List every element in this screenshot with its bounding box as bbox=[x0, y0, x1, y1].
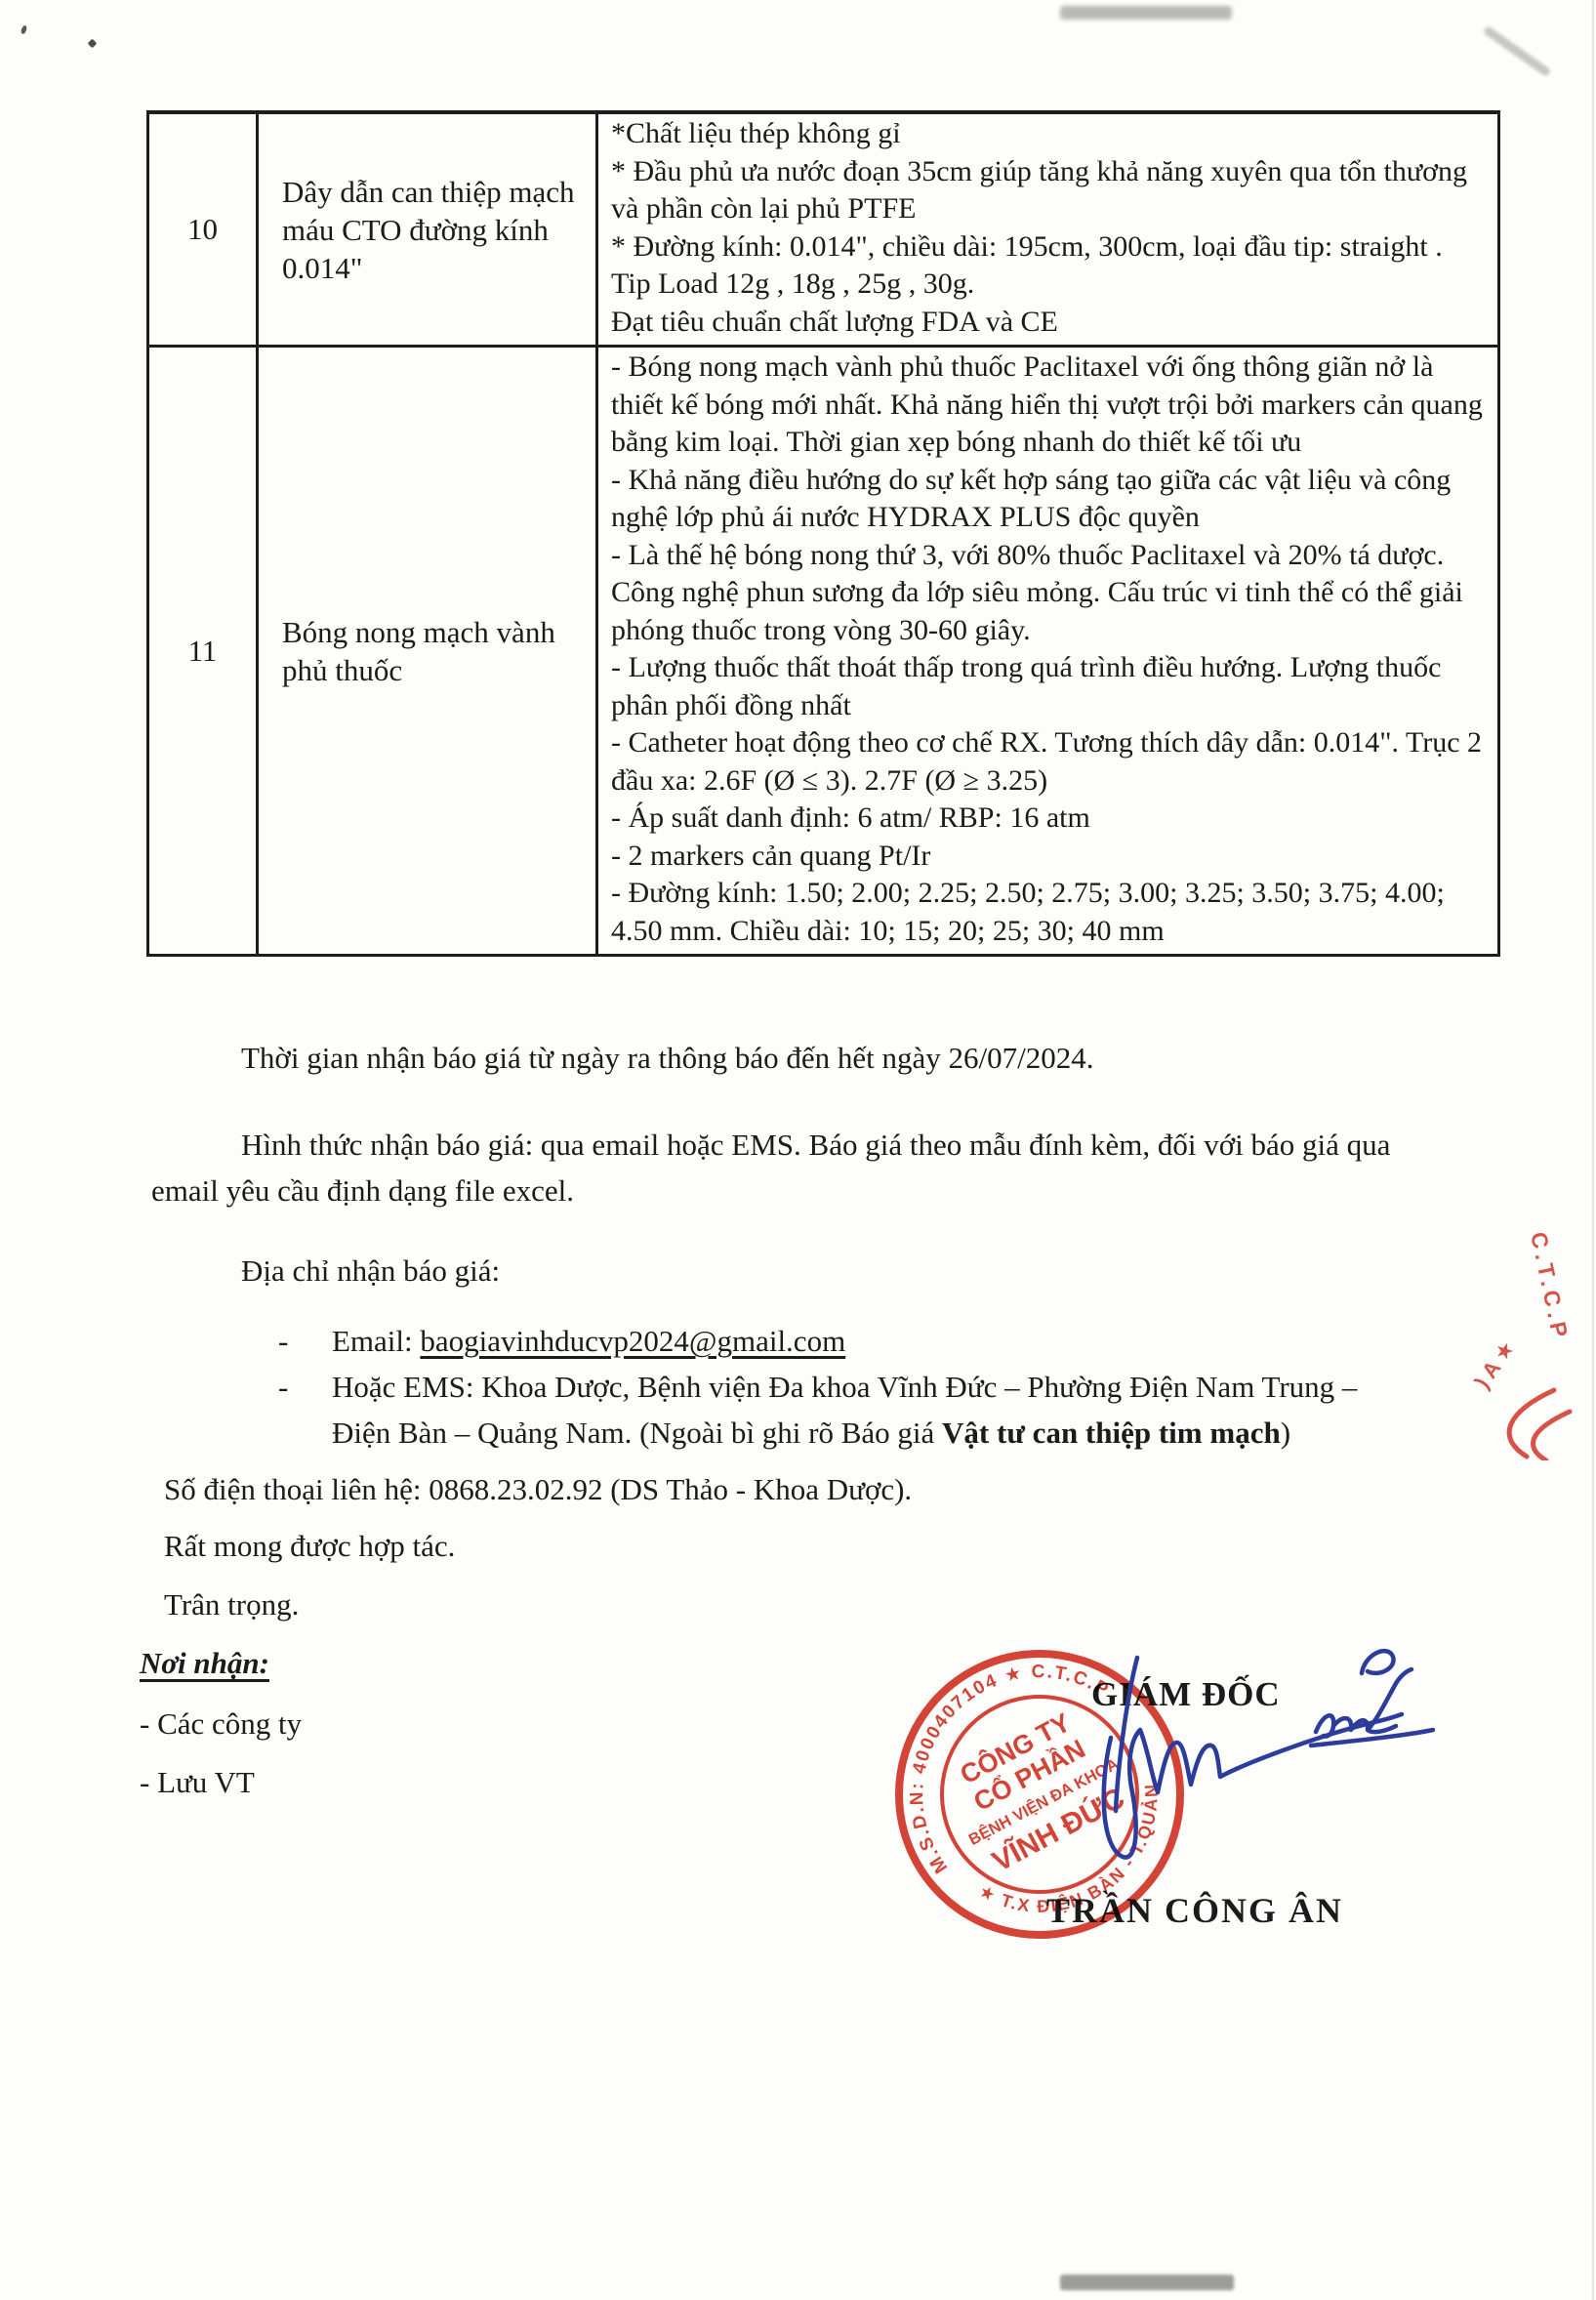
ems-list-item: - Hoặc EMS: Khoa Dược, Bệnh viện Đa khoa… bbox=[278, 1364, 1376, 1456]
signature-descender bbox=[1116, 1658, 1137, 1811]
deadline-paragraph: Thời gian nhận báo giá từ ngày ra thông … bbox=[151, 1035, 1459, 1081]
method-paragraph: Hình thức nhận báo giá: qua email hoặc E… bbox=[151, 1122, 1459, 1213]
stamp-fragment-arc bbox=[1534, 1412, 1571, 1460]
email-line: Email: baogiavinhducvp2024@gmail.com bbox=[332, 1318, 845, 1364]
item-name: Dây dẫn can thiệp mạch máu CTO đường kín… bbox=[259, 114, 598, 345]
stamp-fragment-text1: C.T.C.P bbox=[1526, 1230, 1574, 1344]
table-row-11: 11 Bóng nong mạch vành phủ thuốc - Bóng … bbox=[149, 345, 1497, 954]
scan-artifact-top-bar bbox=[1060, 6, 1232, 20]
phone-paragraph: Số điện thoại liên hệ: 0868.23.02.92 (DS… bbox=[164, 1466, 1472, 1512]
item-specs: - Bóng nong mạch vành phủ thuốc Paclitax… bbox=[598, 348, 1497, 954]
ems-close-paren: ) bbox=[1281, 1416, 1290, 1450]
item-name: Bóng nong mạch vành phủ thuốc bbox=[259, 348, 598, 954]
recipient-item: - Các công ty bbox=[140, 1706, 302, 1742]
signature-flourish bbox=[1362, 1651, 1394, 1673]
table-row-10: 10 Dây dẫn can thiệp mạch máu CTO đường … bbox=[149, 114, 1497, 345]
email-link[interactable]: baogiavinhducvp2024@gmail.com bbox=[420, 1324, 845, 1358]
scan-edge bbox=[1592, 0, 1594, 2300]
scan-speck bbox=[20, 24, 28, 34]
signature-graphic bbox=[1025, 1630, 1435, 1894]
regards-paragraph: Trân trọng. bbox=[164, 1581, 1472, 1627]
email-list-item: - Email: baogiavinhducvp2024@gmail.com bbox=[278, 1318, 845, 1364]
item-specs: *Chất liệu thép không gỉ * Đầu phủ ưa nư… bbox=[598, 114, 1497, 345]
scan-artifact-bottom-bar bbox=[1060, 2275, 1234, 2290]
list-dash: - bbox=[278, 1364, 332, 1456]
stamp-fragment-graphic: C.T.C.P ) A ★ bbox=[1460, 1216, 1596, 1460]
cooperation-paragraph: Rất mong được hợp tác. bbox=[164, 1523, 1472, 1569]
scanned-document-page: 10 Dây dẫn can thiệp mạch máu CTO đường … bbox=[0, 0, 1596, 2300]
address-heading: Địa chỉ nhận báo giá: bbox=[151, 1248, 1459, 1294]
row-number: 11 bbox=[149, 348, 259, 954]
stamp-fragment-text2: ) A ★ bbox=[1470, 1336, 1520, 1393]
scan-speck bbox=[88, 39, 98, 49]
ems-line: Hoặc EMS: Khoa Dược, Bệnh viện Đa khoa V… bbox=[332, 1364, 1376, 1456]
recipients-heading: Nơi nhận: bbox=[140, 1646, 269, 1681]
items-table: 10 Dây dẫn can thiệp mạch máu CTO đường … bbox=[146, 110, 1500, 957]
ems-bold-subject: Vật tư can thiệp tim mạch bbox=[942, 1416, 1281, 1450]
signature-main-stroke bbox=[1104, 1714, 1402, 1858]
handwritten-signature bbox=[1025, 1630, 1435, 1899]
row-number: 10 bbox=[149, 114, 259, 345]
email-label: Email: bbox=[332, 1324, 420, 1358]
recipient-item: - Lưu VT bbox=[140, 1765, 255, 1800]
scan-artifact-corner-mark bbox=[1483, 25, 1552, 77]
list-dash: - bbox=[278, 1318, 332, 1364]
stamp-fragment: C.T.C.P ) A ★ bbox=[1460, 1216, 1596, 1465]
